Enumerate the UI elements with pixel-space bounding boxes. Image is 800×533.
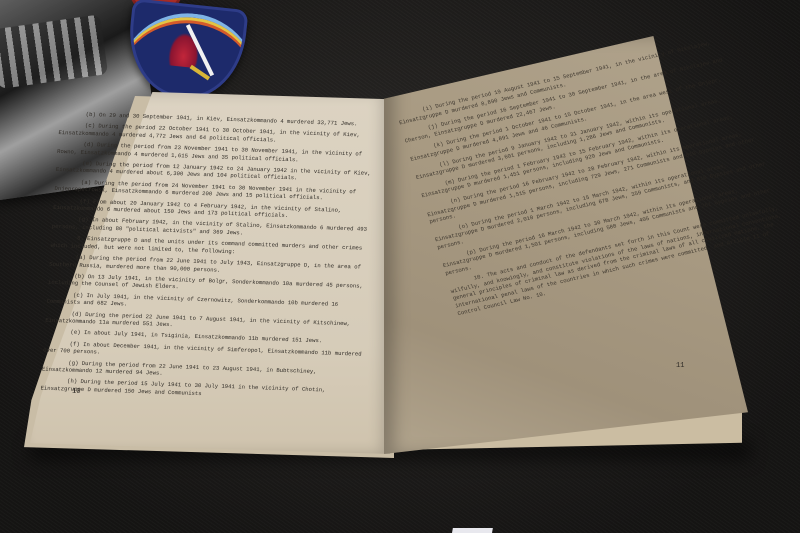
right-page-text: (i) During the period 19 August 1941 to … (396, 36, 791, 322)
shoulder-patch (123, 0, 248, 104)
label-card (451, 528, 493, 533)
left-page-number: 10 (72, 388, 80, 396)
left-page-text: (b) On 29 and 30 September 1941, in Kiev… (40, 110, 380, 407)
right-page-number: 11 (676, 362, 684, 370)
